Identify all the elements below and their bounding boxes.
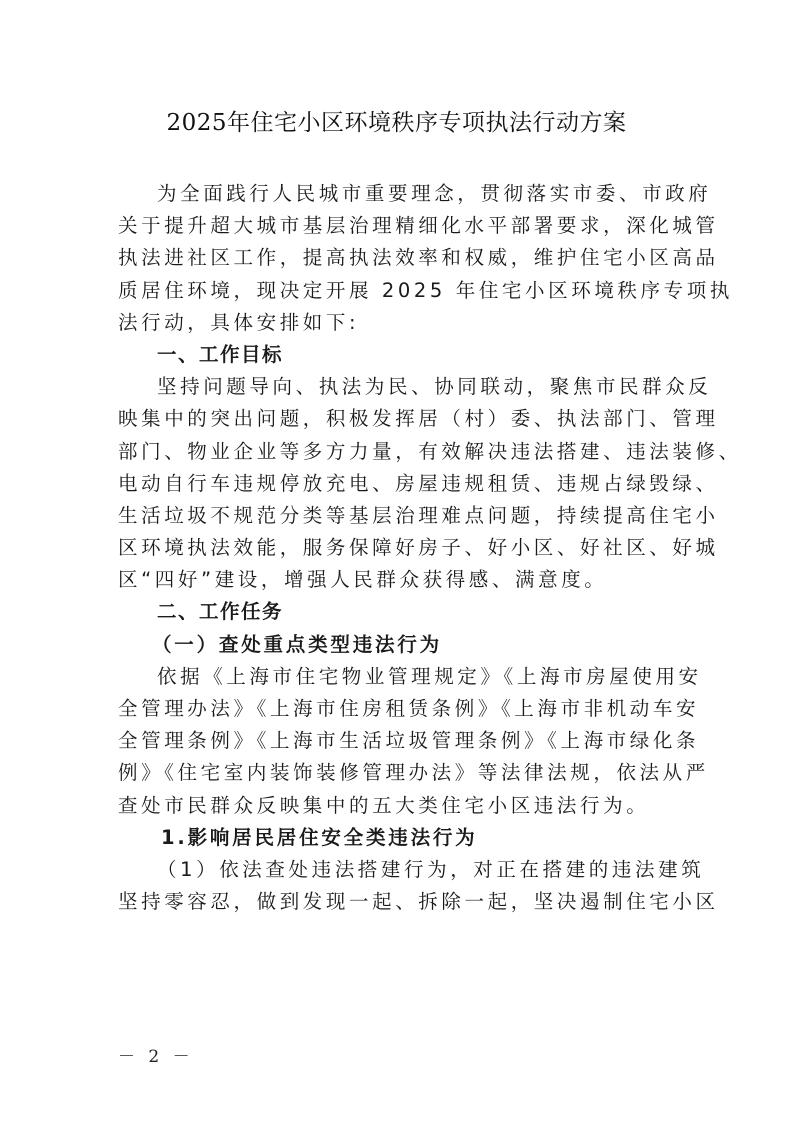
paragraph-goals-line-7: 区“四好”建设，增强人民群众获得感、满意度。	[118, 564, 674, 596]
document-body: 为全面践行人民城市重要理念，贯彻落实市委、市政府 关于提升超大城市基层治理精细化…	[118, 178, 674, 918]
paragraph-basis-line-4: 例》《住宅室内装饰装修管理办法》等法律法规，依法从严	[118, 757, 674, 789]
paragraph-intro-line-4: 质居住环境，现决定开展 2025 年住宅小区环境秩序专项执	[118, 275, 674, 307]
paragraph-intro-line-3: 执法进社区工作，提高执法效率和权威，维护住宅小区高品	[118, 242, 674, 274]
heading-work-goals: 一、工作目标	[118, 339, 674, 371]
paragraph-item1-line-1: （1）依法查处违法搭建行为，对正在搭建的违法建筑	[118, 854, 674, 886]
paragraph-goals-line-3: 部门、物业企业等多方力量，有效解决违法搭建、违法装修、	[118, 436, 674, 468]
paragraph-intro-line-2: 关于提升超大城市基层治理精细化水平部署要求，深化城管	[118, 210, 674, 242]
paragraph-goals-line-5: 生活垃圾不规范分类等基层治理难点问题，持续提高住宅小	[118, 500, 674, 532]
paragraph-intro-line-5: 法行动，具体安排如下:	[118, 307, 674, 339]
document-title: 2025年住宅小区环境秩序专项执法行动方案	[0, 104, 793, 137]
paragraph-item1-line-2: 坚持零容忍，做到发现一起、拆除一起，坚决遏制住宅小区	[118, 886, 674, 918]
paragraph-goals-line-1: 坚持问题导向、执法为民、协同联动，聚焦市民群众反	[118, 371, 674, 403]
heading-work-tasks: 二、工作任务	[118, 596, 674, 628]
paragraph-basis-line-2: 全管理办法》《上海市住房租赁条例》《上海市非机动车安	[118, 693, 674, 725]
paragraph-basis-line-5: 查处市民群众反映集中的五大类住宅小区违法行为。	[118, 790, 674, 822]
paragraph-goals-line-6: 区环境执法效能，服务保障好房子、好小区、好社区、好城	[118, 532, 674, 564]
subheading-key-violations: （一）查处重点类型违法行为	[118, 629, 674, 661]
page-number: － 2 －	[118, 1042, 194, 1067]
paragraph-goals-line-4: 电动自行车违规停放充电、房屋违规租赁、违规占绿毁绿、	[118, 468, 674, 500]
paragraph-intro-line-1: 为全面践行人民城市重要理念，贯彻落实市委、市政府	[118, 178, 674, 210]
paragraph-basis-line-3: 全管理条例》《上海市生活垃圾管理条例》《上海市绿化条	[118, 725, 674, 757]
paragraph-basis-line-1: 依据《上海市住宅物业管理规定》《上海市房屋使用安	[118, 661, 674, 693]
paragraph-goals-line-2: 映集中的突出问题，积极发挥居（村）委、执法部门、管理	[118, 403, 674, 435]
document-page: 2025年住宅小区环境秩序专项执法行动方案 为全面践行人民城市重要理念，贯彻落实…	[0, 0, 793, 1122]
subheading-residential-safety: 1.影响居民居住安全类违法行为	[118, 822, 674, 854]
